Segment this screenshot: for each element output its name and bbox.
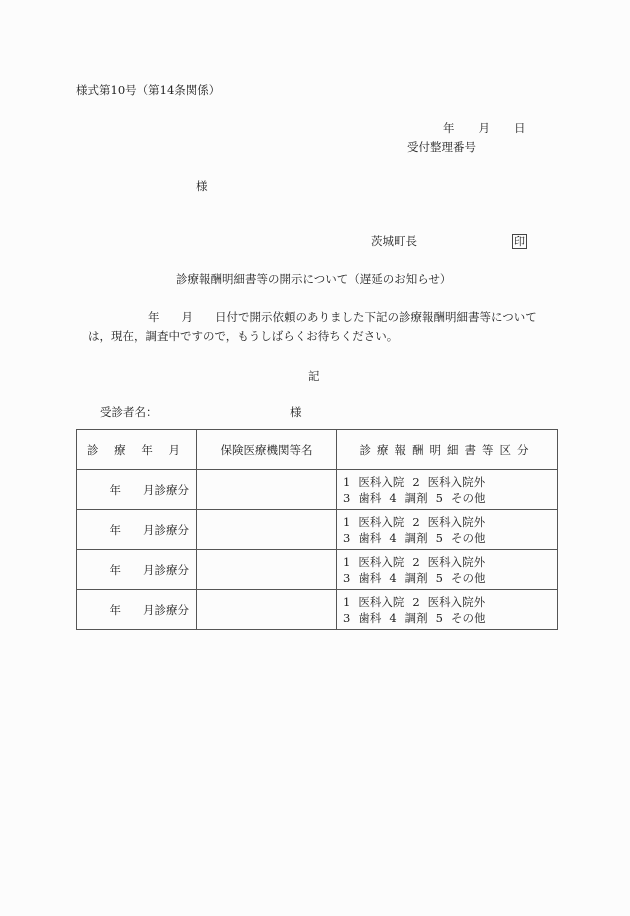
patient-name-label: 受診者名：: [100, 407, 158, 419]
institution-cell[interactable]: [197, 510, 337, 550]
document-title: 診療報酬明細書等の開示について（遅延のお知らせ）: [176, 274, 451, 286]
treatment-period-cell[interactable]: 年月診療分: [77, 470, 197, 510]
records-table: 診 療 年 月 保険医療機関等名 診療報酬明細書等区分 年月診療分 1医科入院2…: [76, 429, 558, 630]
table-header-row: 診 療 年 月 保険医療機関等名 診療報酬明細書等区分: [77, 430, 558, 470]
ki-heading: 記: [308, 371, 320, 383]
issue-date: 年月日: [443, 123, 526, 135]
day-label: 日: [514, 123, 526, 135]
body-month-label: 月: [182, 310, 194, 324]
issuer-name: 茨城町長: [371, 236, 417, 248]
patient-honorific: 様: [290, 407, 302, 419]
treatment-period-cell[interactable]: 年月診療分: [77, 550, 197, 590]
header-institution: 保険医療機関等名: [197, 430, 337, 470]
body-year-label: 年: [148, 310, 160, 324]
institution-cell[interactable]: [197, 590, 337, 630]
table-row: 年月診療分 1医科入院2医科入院外 3歯科4調剤5その他: [77, 470, 558, 510]
institution-cell[interactable]: [197, 550, 337, 590]
body-paragraph-line-2: は，現在，調査中ですので，もうしばらくお待ちください。: [88, 331, 398, 343]
month-label: 月: [479, 123, 491, 135]
table-row: 年月診療分 1医科入院2医科入院外 3歯科4調剤5その他: [77, 510, 558, 550]
form-number: 様式第10号（第14条関係）: [76, 85, 220, 97]
seal-mark: 印: [512, 234, 527, 249]
category-cell[interactable]: 1医科入院2医科入院外 3歯科4調剤5その他: [337, 470, 558, 510]
category-cell[interactable]: 1医科入院2医科入院外 3歯科4調剤5その他: [337, 590, 558, 630]
year-label: 年: [443, 123, 455, 135]
body-line-1-text: 日付で開示依頼のありました下記の診療報酬明細書等について: [215, 310, 537, 324]
header-statement-category: 診療報酬明細書等区分: [337, 430, 558, 470]
table-row: 年月診療分 1医科入院2医科入院外 3歯科4調剤5その他: [77, 590, 558, 630]
treatment-period-cell[interactable]: 年月診療分: [77, 510, 197, 550]
institution-cell[interactable]: [197, 470, 337, 510]
addressee-honorific: 様: [196, 181, 208, 193]
category-cell[interactable]: 1医科入院2医科入院外 3歯科4調剤5その他: [337, 550, 558, 590]
category-cell[interactable]: 1医科入院2医科入院外 3歯科4調剤5その他: [337, 510, 558, 550]
receipt-number-label: 受付整理番号: [407, 142, 476, 154]
table-row: 年月診療分 1医科入院2医科入院外 3歯科4調剤5その他: [77, 550, 558, 590]
body-paragraph-line-1: 年月日付で開示依頼のありました下記の診療報酬明細書等について: [148, 312, 537, 324]
treatment-period-cell[interactable]: 年月診療分: [77, 590, 197, 630]
header-treatment-period: 診 療 年 月: [77, 430, 197, 470]
